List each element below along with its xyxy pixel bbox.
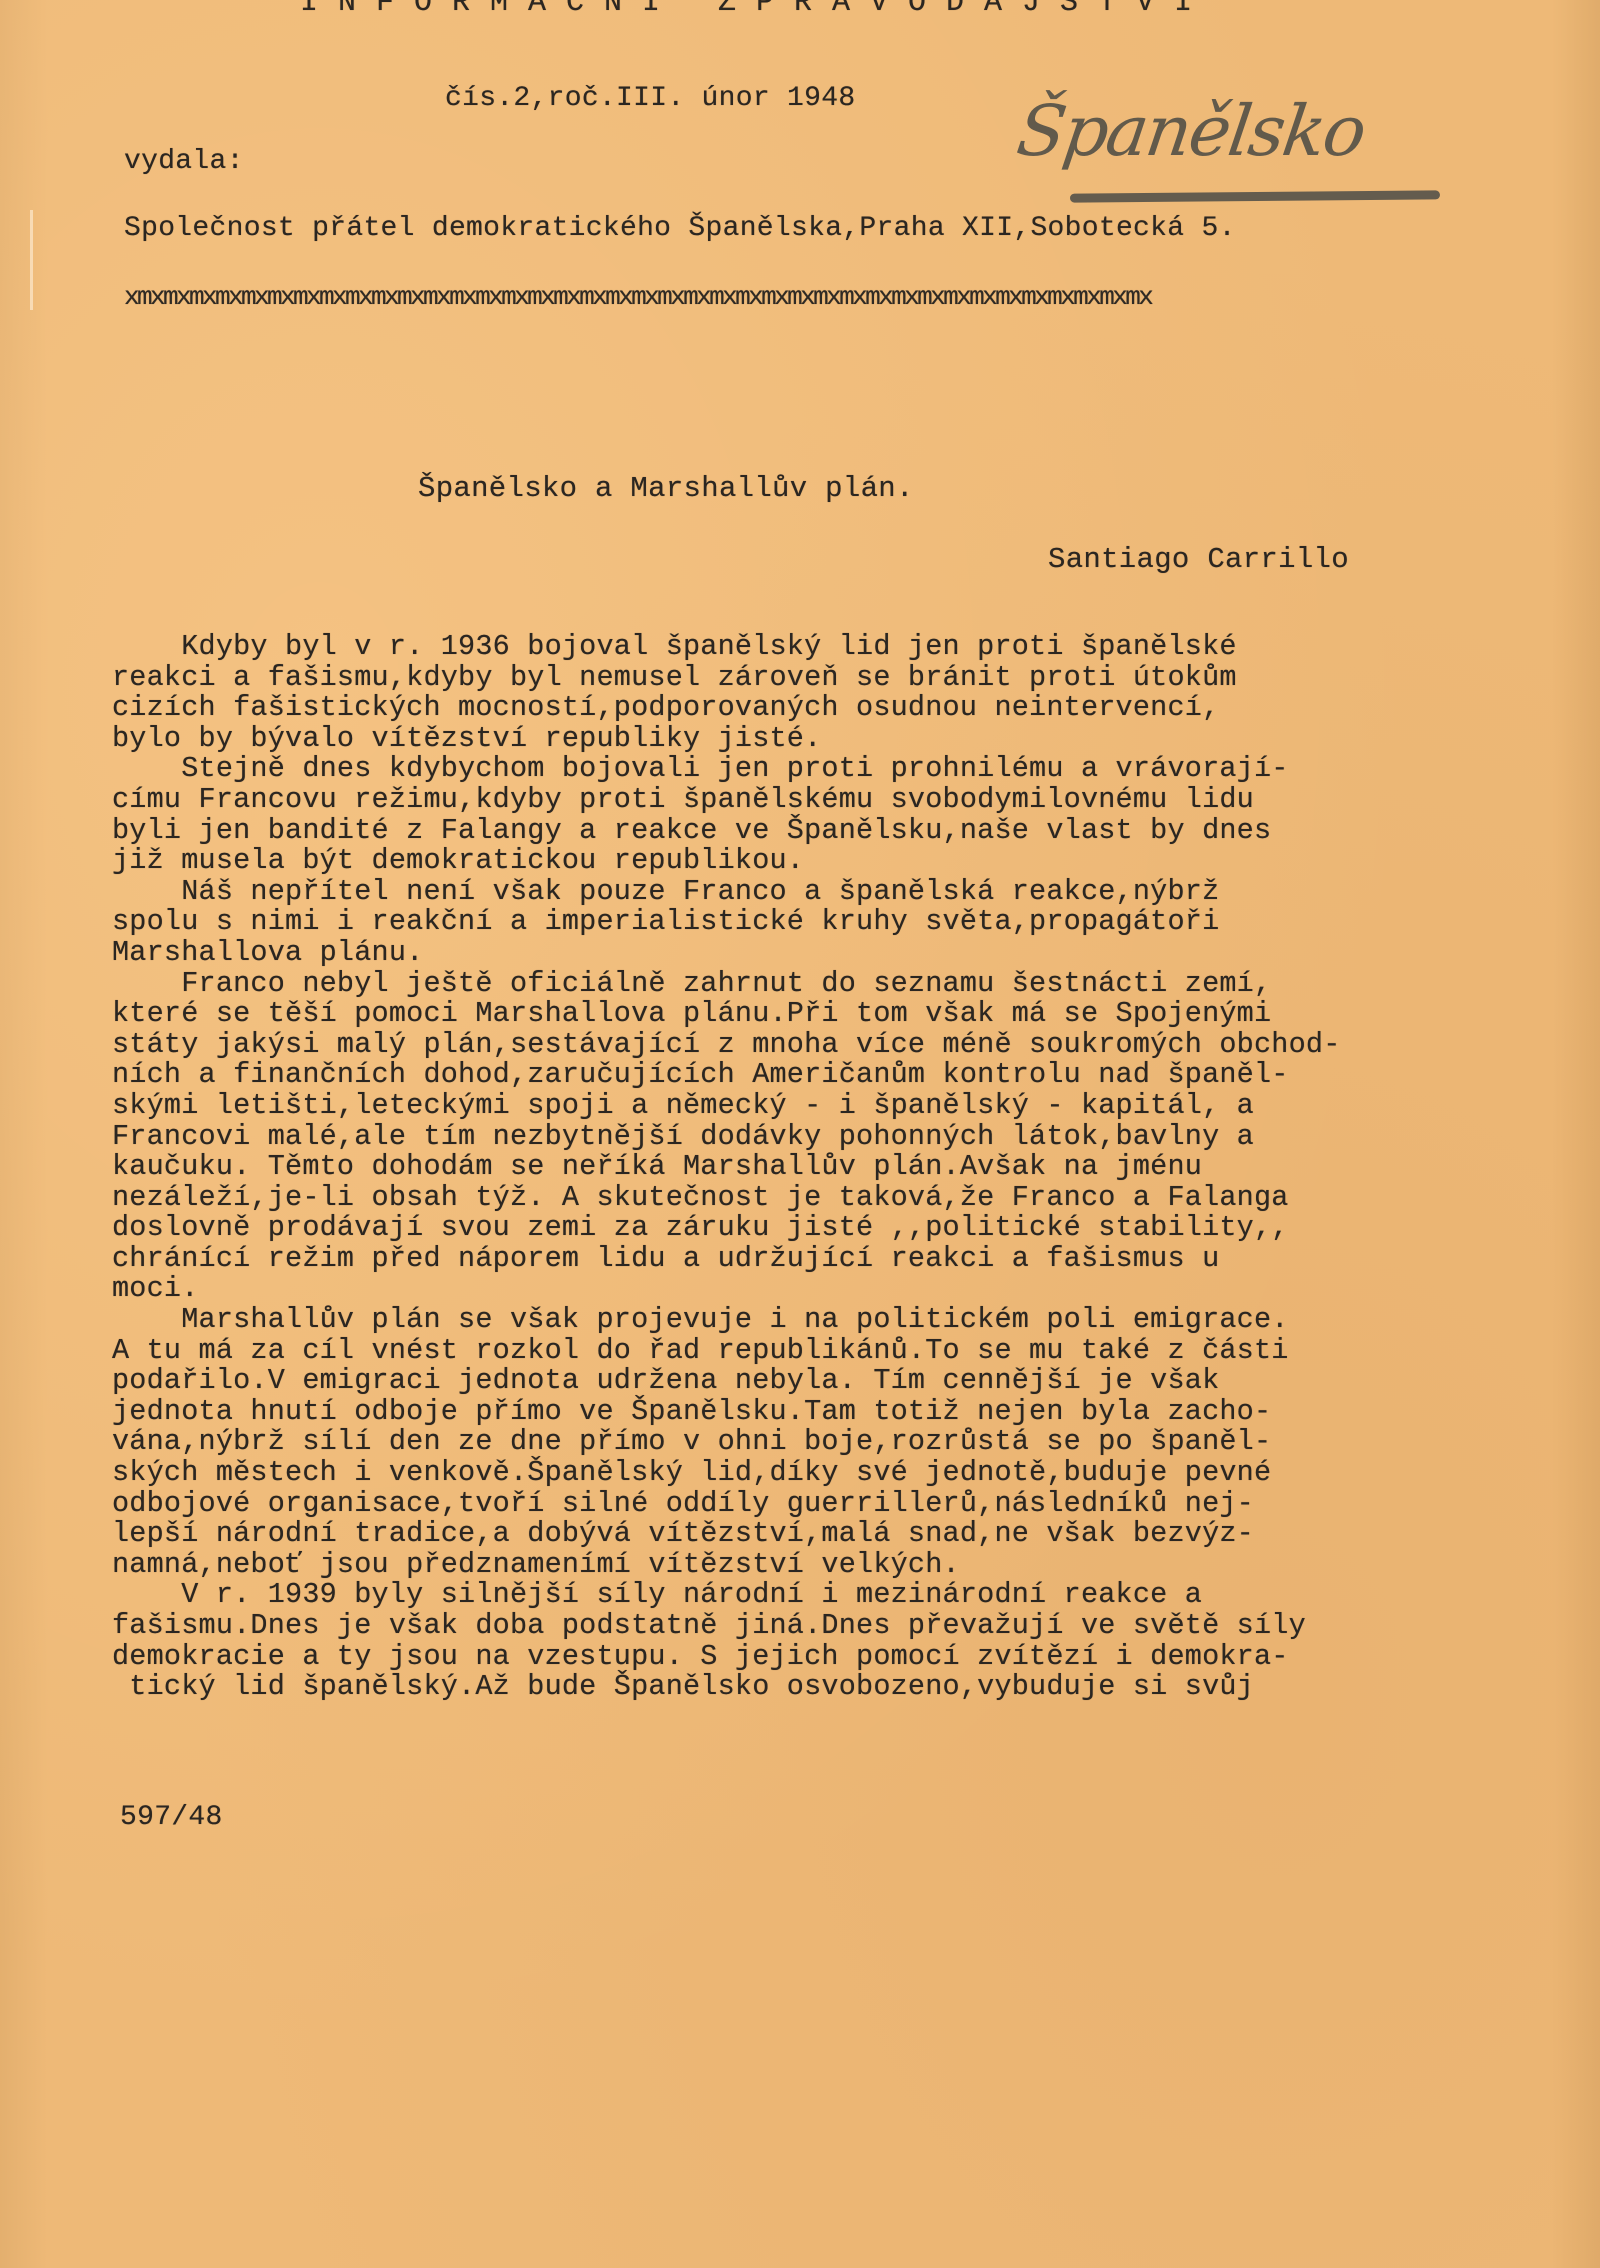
publisher-label: vydala: <box>124 146 244 177</box>
body-line: odbojové organisace,tvoří silné oddíly g… <box>112 1489 1532 1520</box>
body-line: moci. <box>112 1274 1532 1305</box>
body-line: cizích fašistických mocností,podporovaný… <box>112 693 1532 724</box>
body-line: namná,neboť jsou předznamenímí vítězství… <box>112 1550 1532 1581</box>
body-line: ských městech i venkově.Španělský lid,dí… <box>112 1458 1532 1489</box>
paper-edge-mark <box>30 210 33 310</box>
body-line: A tu má za cíl vnést rozkol do řad repub… <box>112 1336 1532 1367</box>
reference-number: 597/48 <box>120 1802 223 1833</box>
article-author: Santiago Carrillo <box>1048 543 1349 576</box>
body-line: V r. 1939 byly silnější síly národní i m… <box>112 1580 1532 1611</box>
body-line: Kdyby byl v r. 1936 bojoval španělský li… <box>112 632 1532 663</box>
body-line: státy jakýsi malý plán,sestávající z mno… <box>112 1030 1532 1061</box>
body-line: které se těší pomoci Marshallova plánu.P… <box>112 999 1532 1030</box>
body-line: vána,nýbrž sílí den ze dne přímo v ohni … <box>112 1427 1532 1458</box>
body-line: kaučuku. Těmto dohodám se neříká Marshal… <box>112 1152 1532 1183</box>
handwritten-note: Španělsko <box>1012 90 1369 172</box>
body-line: ních a finančních dohod,zaručujících Ame… <box>112 1060 1532 1091</box>
body-line: Franco nebyl ještě oficiálně zahrnut do … <box>112 969 1532 1000</box>
body-line: Stejně dnes kdybychom bojovali jen proti… <box>112 754 1532 785</box>
body-line: lepší národní tradice,a dobývá vítězství… <box>112 1519 1532 1550</box>
body-line: Francovi malé,ale tím nezbytnější dodávk… <box>112 1122 1532 1153</box>
body-line: Marshallův plán se však projevuje i na p… <box>112 1305 1532 1336</box>
body-line: nezáleží,je-li obsah týž. A skutečnost j… <box>112 1183 1532 1214</box>
issue-line: čís.2,roč.III. únor 1948 <box>445 83 855 114</box>
article-body: Kdyby byl v r. 1936 bojoval španělský li… <box>112 632 1532 1703</box>
body-line: chránící režim před náporem lidu a udržu… <box>112 1244 1532 1275</box>
body-line: již musela být demokratickou republikou. <box>112 846 1532 877</box>
body-line: byli jen bandité z Falangy a reakce ve Š… <box>112 816 1532 847</box>
article-title: Španělsko a Marshallův plán. <box>418 472 914 505</box>
body-line: Náš nepřítel není však pouze Franco a šp… <box>112 877 1532 908</box>
pencil-underline <box>1070 190 1440 202</box>
body-line: címu Francovu režimu,kdyby proti španěls… <box>112 785 1532 816</box>
handwritten-annotation: Španělsko <box>1010 82 1440 202</box>
body-line: fašismu.Dnes je však doba podstatně jiná… <box>112 1611 1532 1642</box>
body-line: jednota hnutí odboje přímo ve Španělsku.… <box>112 1397 1532 1428</box>
publisher: Společnost přátel demokratického Španěls… <box>124 213 1236 244</box>
body-line: tický lid španělský.Až bude Španělsko os… <box>112 1672 1532 1703</box>
body-line: podařilo.V emigraci jednota udržena neby… <box>112 1366 1532 1397</box>
body-line: skými letišti,leteckými spoji a německý … <box>112 1091 1532 1122</box>
body-line: bylo by bývalo vítězství republiky jisté… <box>112 724 1532 755</box>
body-line: reakci a fašismu,kdyby byl nemusel zárov… <box>112 663 1532 694</box>
body-line: demokracie a ty jsou na vzestupu. S jeji… <box>112 1642 1532 1673</box>
masthead: INFORMAČNÍ ZPRAVODAJSTVÍ <box>300 0 1212 20</box>
typed-divider: xmxmxmxmxmxmxmxmxmxmxmxmxmxmxmxmxmxmxmxm… <box>124 282 1151 312</box>
document-page: INFORMAČNÍ ZPRAVODAJSTVÍ čís.2,roč.III. … <box>0 0 1600 2268</box>
body-line: Marshallova plánu. <box>112 938 1532 969</box>
body-line: spolu s nimi i reakční a imperialistické… <box>112 907 1532 938</box>
body-line: doslovně prodávají svou zemi za záruku j… <box>112 1213 1532 1244</box>
